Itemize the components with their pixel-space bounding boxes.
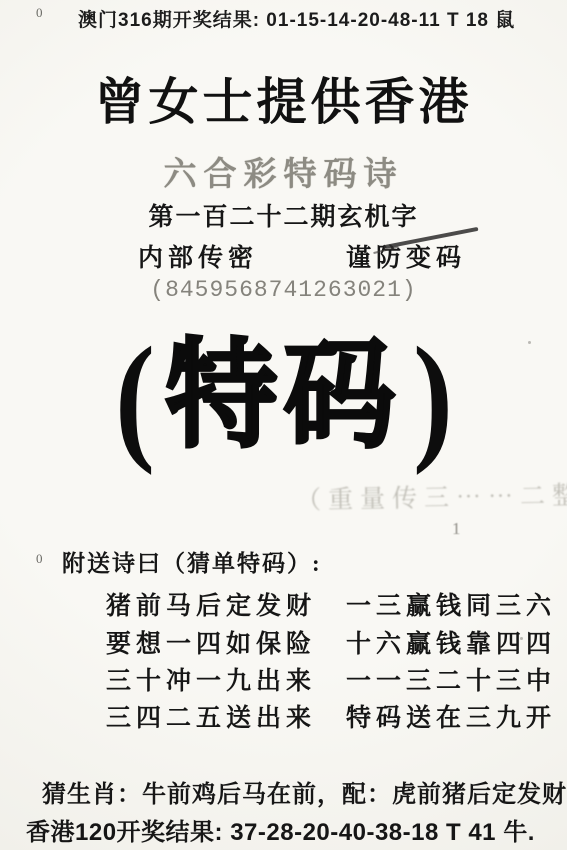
headline-label: 特码: [166, 338, 402, 456]
code-number: (8459568741263021): [0, 277, 567, 303]
faint-ghost-mark: 1: [452, 519, 461, 539]
page-subtitle: 六合彩特码诗: [0, 148, 567, 195]
internal-secret-note: 内部传密: [138, 238, 258, 274]
poem-line-2-left: 要想一四如保险: [106, 624, 316, 660]
poem-line-4-right: 特码送在三九开: [346, 698, 556, 734]
issue-number-line: 第一百二十二期玄机字: [0, 197, 567, 233]
page-title: 曾女士提供香港: [0, 62, 567, 134]
poem-line-3-right: 一一三二十三中: [346, 661, 556, 697]
faint-ghost-text: （重量传三⋯⋯二整: [296, 475, 567, 516]
poem-line-4-left: 三四二五送出来: [106, 698, 316, 734]
macau-result-line: 澳门316期开奖结果: 01-15-14-20-48-11 T 18 鼠: [78, 5, 515, 32]
scan-noise-dot: [520, 637, 523, 640]
scanned-lottery-flyer: 0 澳门316期开奖结果: 01-15-14-20-48-11 T 18 鼠 曾…: [0, 0, 567, 850]
poem-intro: 附送诗曰（猜单特码）:: [62, 545, 322, 578]
scan-noise-dot: [528, 341, 531, 344]
special-code-headline: ( 特码 ): [0, 322, 567, 472]
hk-result-line: 香港120开奖结果: 37-28-20-40-38-18 T 41 牛.: [26, 812, 535, 847]
poem-line-1-right: 一三赢钱同三六: [346, 586, 556, 622]
poem-line-3-left: 三十冲一九出来: [106, 661, 316, 697]
poem-line-1-left: 猪前马后定发财: [106, 586, 316, 622]
poem-margin-mark: 0: [36, 551, 43, 567]
headline-open-paren: (: [115, 326, 155, 469]
headline-close-paren: ): [412, 326, 452, 469]
poem-line-2-right: 十六赢钱靠四四: [346, 624, 556, 660]
zodiac-guess-line: 猜生肖：牛前鸡后马在前，配：虎前猪后定发财.: [42, 774, 567, 809]
top-margin-mark: 0: [36, 5, 43, 21]
